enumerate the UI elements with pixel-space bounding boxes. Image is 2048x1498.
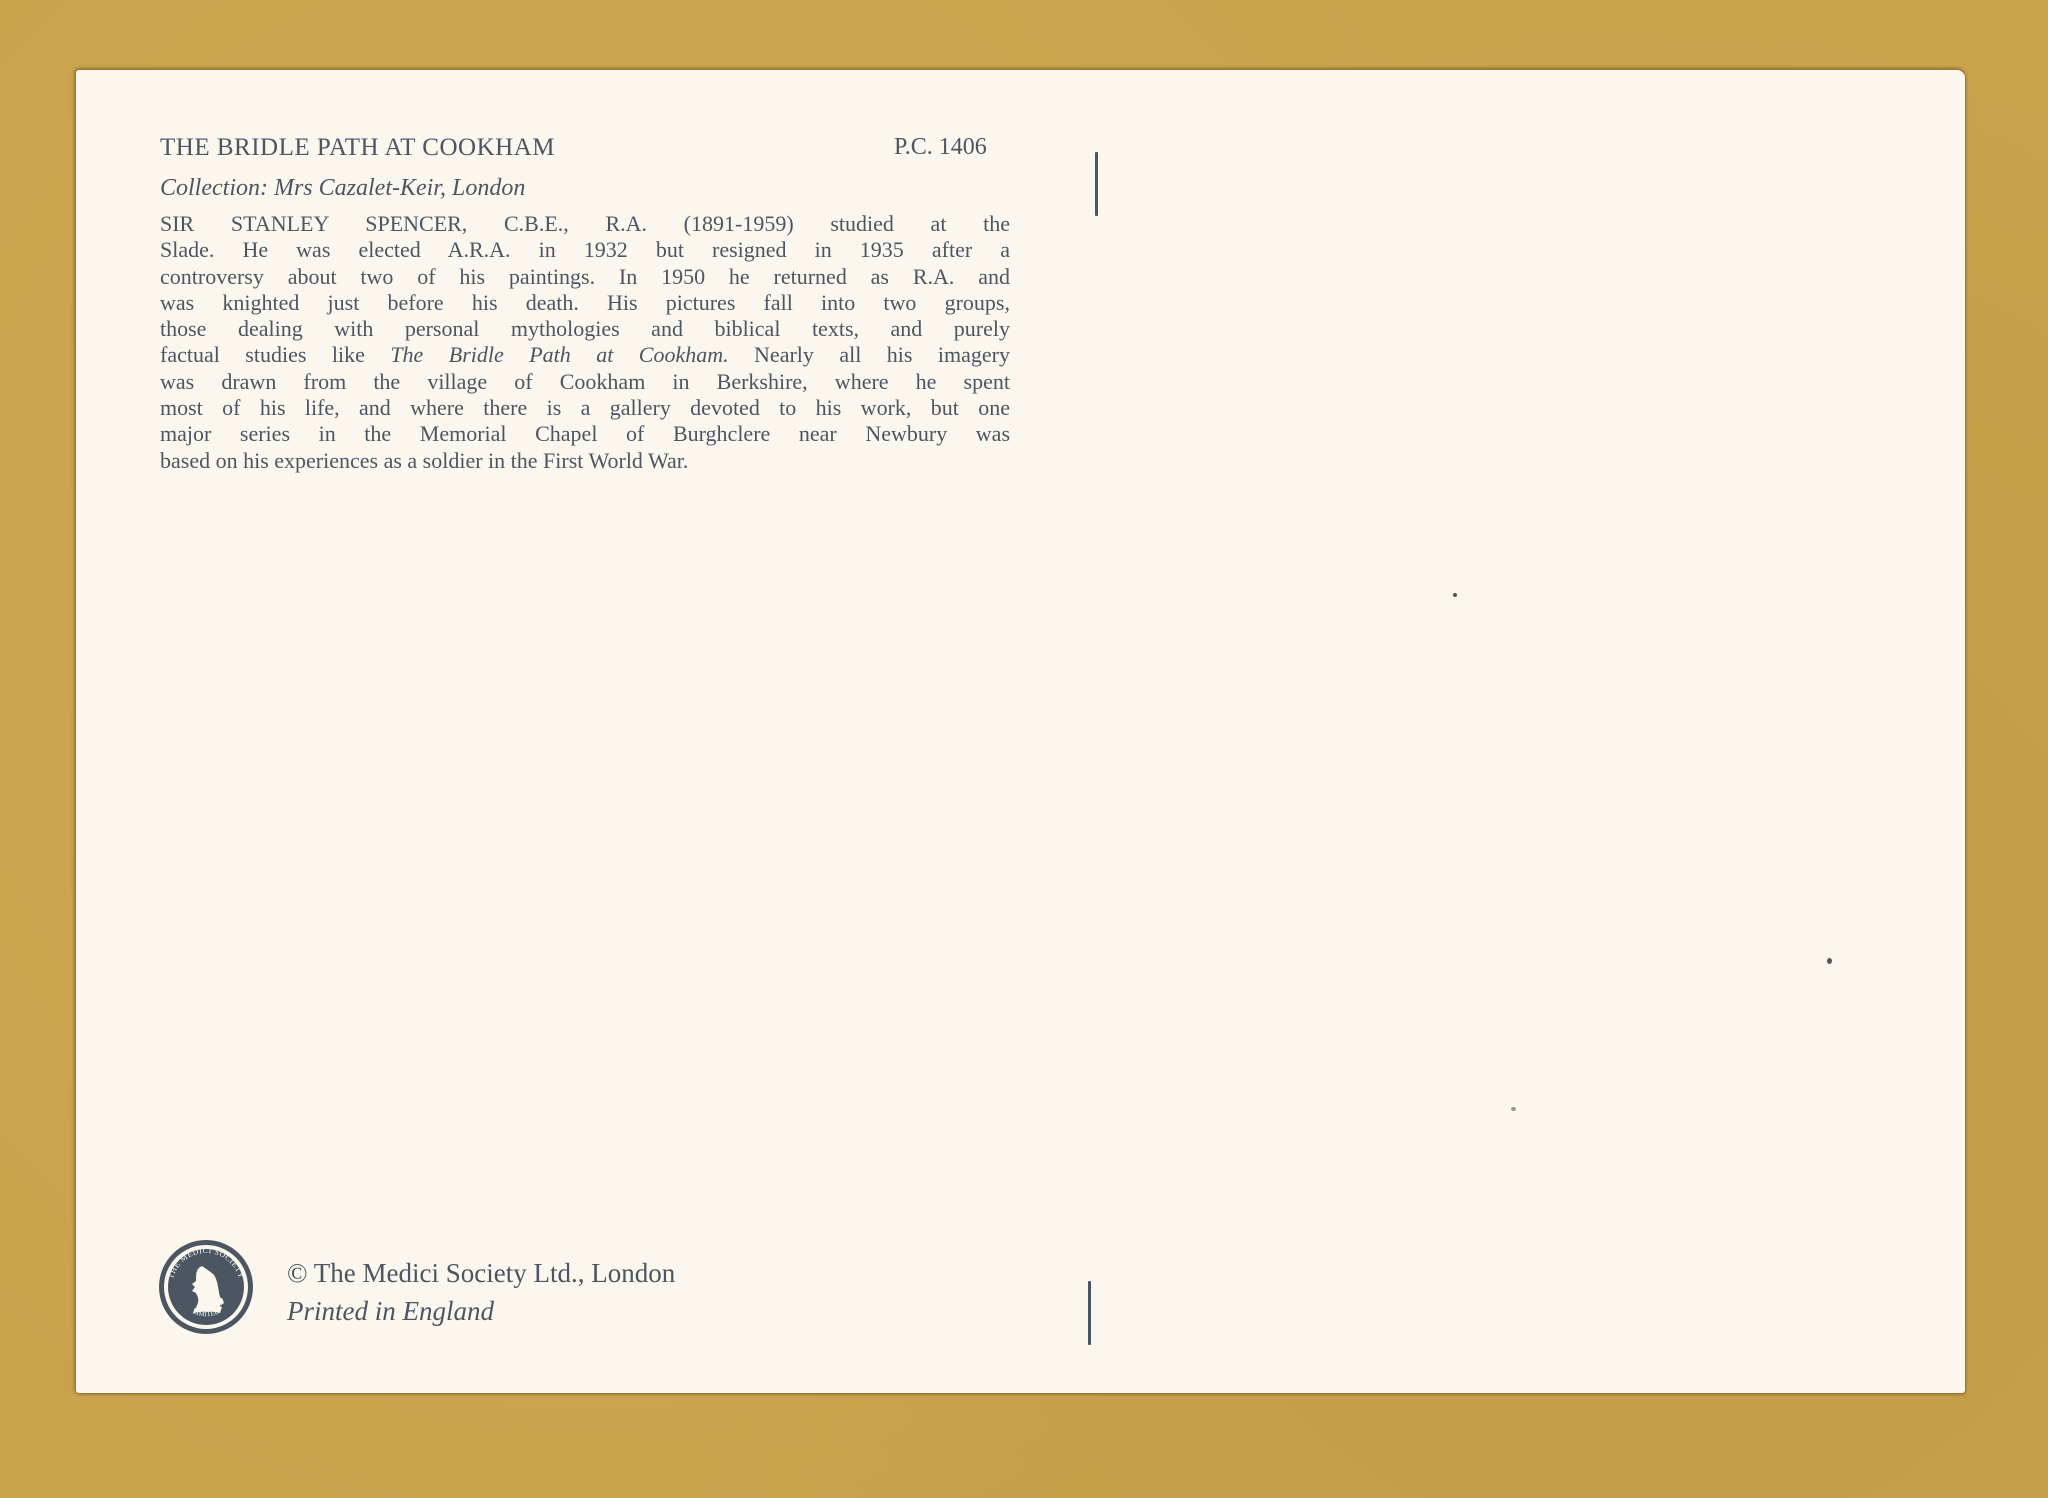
artist-biography: SIR STANLEY SPENCER, C.B.E., R.A. (1891-…: [160, 211, 1010, 474]
bio-line: was drawn from the village of Cookham in…: [160, 369, 1010, 395]
paper-speck: [1511, 1107, 1516, 1111]
bio-line: based on his experiences as a soldier in…: [160, 448, 1010, 474]
artwork-title-italic: The Bridle Path at Cookham.: [390, 342, 728, 367]
postcard-back: THE BRIDLE PATH AT COOKHAM P.C. 1406 Col…: [76, 70, 1965, 1393]
medici-society-seal-icon: THE MEDICI SOCIETY LIMITED: [156, 1237, 256, 1337]
artwork-title: THE BRIDLE PATH AT COOKHAM: [160, 134, 555, 162]
address-divider-bottom: [1088, 1281, 1091, 1345]
bio-line: most of his life, and where there is a g…: [160, 395, 1010, 421]
publisher-copyright: © The Medici Society Ltd., London: [287, 1258, 675, 1289]
collection-credit: Collection: Mrs Cazalet-Keir, London: [160, 175, 525, 202]
bio-text: Nearly all his imagery: [729, 342, 1010, 367]
bio-text: factual studies like: [160, 342, 390, 367]
bio-line: major series in the Memorial Chapel of B…: [160, 421, 1010, 447]
printed-in: Printed in England: [287, 1296, 494, 1327]
address-divider-top: [1095, 152, 1098, 216]
bio-line: was knighted just before his death. His …: [160, 290, 1010, 316]
paper-speck: [1827, 958, 1832, 964]
bio-line: controversy about two of his paintings. …: [160, 264, 1010, 290]
bio-line: those dealing with personal mythologies …: [160, 316, 1010, 342]
bio-line: Slade. He was elected A.R.A. in 1932 but…: [160, 237, 1010, 263]
catalogue-number: P.C. 1406: [894, 134, 987, 161]
paper-speck: [1453, 593, 1457, 597]
bio-line: factual studies like The Bridle Path at …: [160, 342, 1010, 368]
bio-line: SIR STANLEY SPENCER, C.B.E., R.A. (1891-…: [160, 211, 1010, 237]
